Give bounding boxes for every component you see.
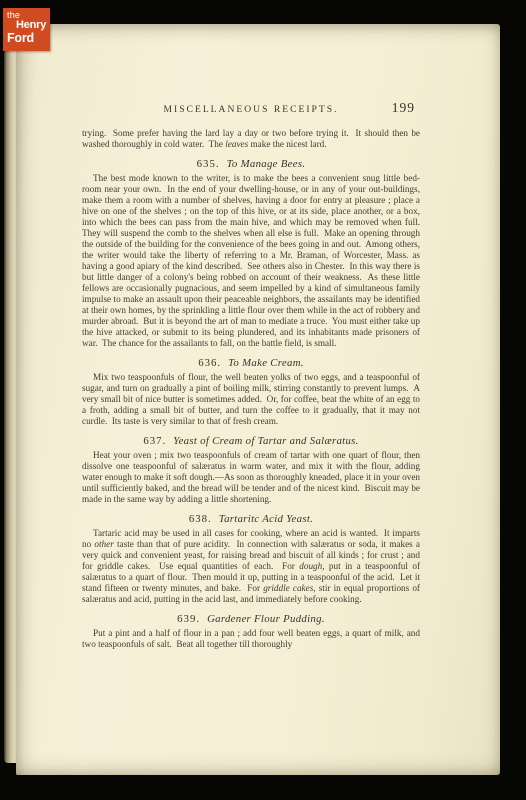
section-title: Yeast of Cream of Tartar and Salæratus. <box>173 435 358 447</box>
running-head: MISCELLANEOUS RECEIPTS. 199 <box>82 104 420 118</box>
section-title: To Make Cream. <box>228 357 304 369</box>
section-number: 638. <box>189 513 212 525</box>
section-heading-637: 637.Yeast of Cream of Tartar and Salærat… <box>82 435 420 447</box>
running-head-title: MISCELLANEOUS RECEIPTS. <box>82 104 420 115</box>
page-text-block: MISCELLANEOUS RECEIPTS. 199 trying. Some… <box>82 104 420 650</box>
section-number: 637. <box>143 435 166 447</box>
section-body-635: The best mode known to the writer, is to… <box>82 173 420 349</box>
book-page: MISCELLANEOUS RECEIPTS. 199 trying. Some… <box>16 24 500 775</box>
section-number: 635. <box>197 158 220 170</box>
henry-ford-logo: the Henry Ford <box>3 8 50 51</box>
section-number: 636. <box>198 357 221 369</box>
section-body-637: Heat your oven ; mix two teaspoonfuls of… <box>82 450 420 505</box>
henry-ford-logo-ford: Ford <box>7 31 34 45</box>
section-title: Gardener Flour Pudding. <box>207 613 325 625</box>
section-body-639: Put a pint and a half of flour in a pan … <box>82 628 420 650</box>
section-number: 639. <box>177 613 200 625</box>
section-body-636: Mix two teaspoonfuls of flour, the well … <box>82 372 420 427</box>
section-heading-638: 638.Tartaritc Acid Yeast. <box>82 513 420 525</box>
section-title: To Manage Bees. <box>227 158 306 170</box>
section-title: Tartaritc Acid Yeast. <box>219 513 313 525</box>
page-number: 199 <box>392 100 415 116</box>
henry-ford-logo-henry: Henry <box>16 19 46 31</box>
section-heading-636: 636.To Make Cream. <box>82 357 420 369</box>
section-heading-635: 635.To Manage Bees. <box>82 158 420 170</box>
continuation-paragraph: trying. Some prefer having the lard lay … <box>82 128 420 150</box>
section-body-638: Tartaric acid may be used in all cases f… <box>82 528 420 605</box>
section-heading-639: 639.Gardener Flour Pudding. <box>82 613 420 625</box>
